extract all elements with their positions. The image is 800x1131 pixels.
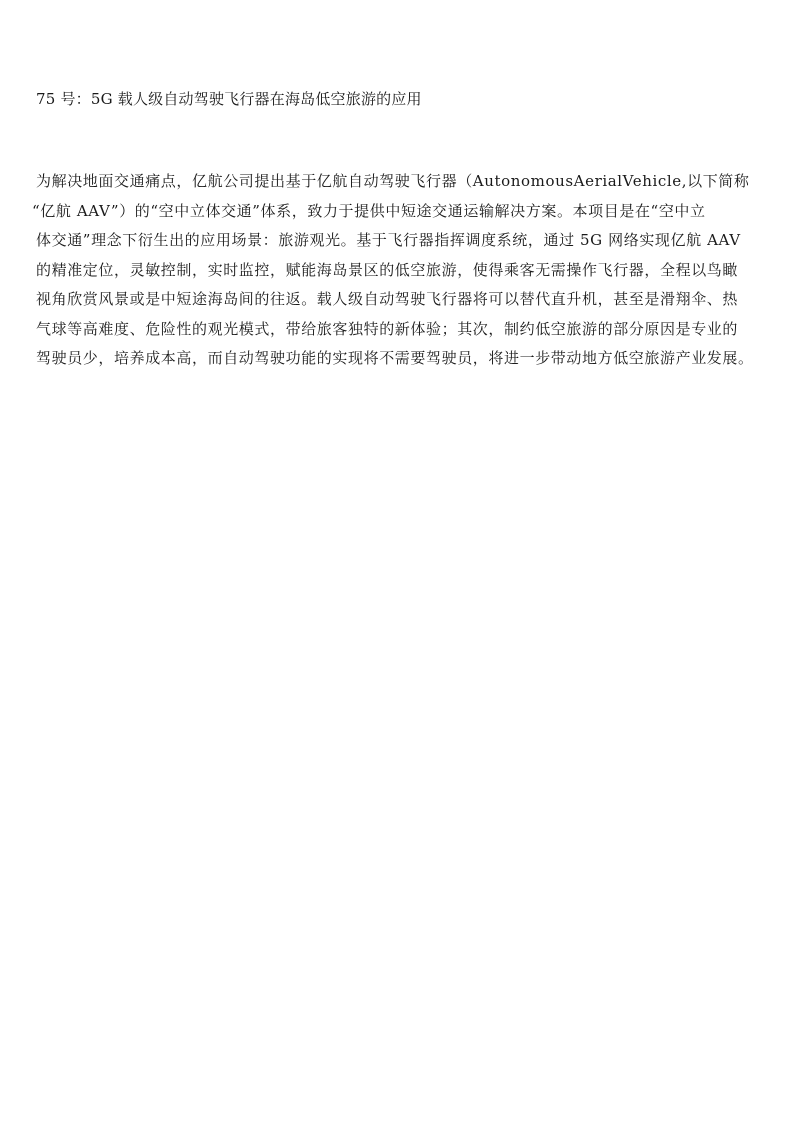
document-page: 75 号：5G 载人级自动驾驶飞行器在海岛低空旅游的应用 为解决地面交通痛点，亿… bbox=[0, 0, 800, 1131]
paragraph-line: 驾驶员少，培养成本高，而自动驾驶功能的实现将不需要驾驶员，将进一步带动地方低空旅… bbox=[36, 347, 754, 369]
paragraph-line: “亿航 AAV”）的“空中立体交通”体系，致力于提供中短途交通运输解决方案。本项… bbox=[32, 200, 706, 222]
paragraph-line: 的精准定位，灵敏控制，实时监控，赋能海岛景区的低空旅游，使得乘客无需操作飞行器，… bbox=[36, 259, 738, 281]
document-title: 75 号：5G 载人级自动驾驶飞行器在海岛低空旅游的应用 bbox=[36, 88, 422, 110]
paragraph-line: 气球等高难度、危险性的观光模式，带给旅客独特的新体验；其次，制约低空旅游的部分原… bbox=[36, 318, 738, 340]
paragraph-line: 为解决地面交通痛点，亿航公司提出基于亿航自动驾驶飞行器（AutonomousAe… bbox=[36, 170, 750, 192]
paragraph-line: 视角欣赏风景或是中短途海岛间的往返。载人级自动驾驶飞行器将可以替代直升机，甚至是… bbox=[36, 288, 738, 310]
paragraph-line: 体交通”理念下衍生出的应用场景：旅游观光。基于飞行器指挥调度系统，通过 5G 网… bbox=[36, 229, 741, 251]
